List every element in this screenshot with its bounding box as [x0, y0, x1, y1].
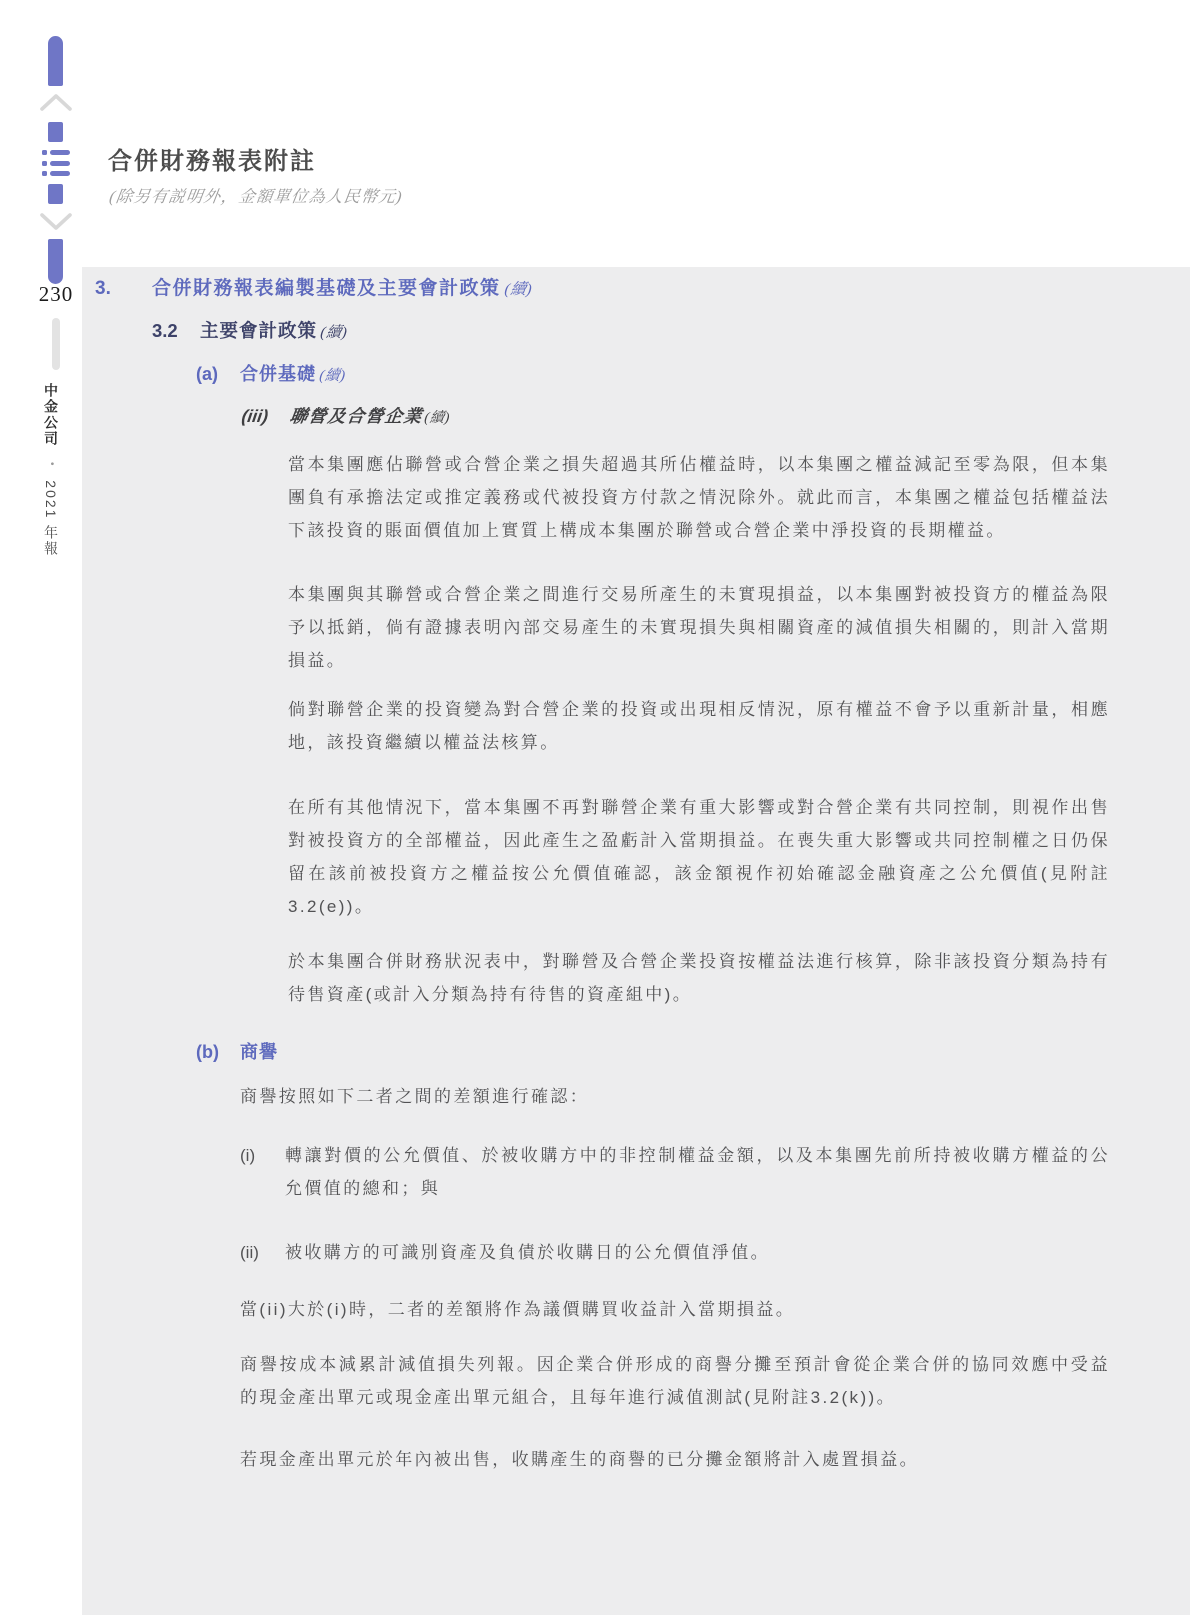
- page-number: 230: [28, 282, 84, 307]
- document-subtitle: (除另有説明外，金額單位為人民幣元): [108, 183, 404, 207]
- goodwill-list-item: (ii) 被收購方的可識別資產及負債於收購日的公允價值淨值。: [240, 1236, 1110, 1269]
- body-paragraph: 倘對聯營企業的投資變為對合營企業的投資或出現相反情況，原有權益不會予以重新計量，…: [288, 693, 1110, 759]
- body-paragraph: 若現金產出單元於年內被出售，收購產生的商譽的已分攤金額將計入處置損益。: [240, 1443, 1110, 1476]
- item-b-marker: (b): [196, 1039, 240, 1065]
- continued-label: (續): [319, 319, 349, 347]
- item-a-heading: (a) 合併基礎(續): [196, 361, 1110, 389]
- continued-label: (續): [423, 405, 451, 431]
- sidebar-block-bar: [48, 122, 63, 142]
- list-item-marker: (i): [240, 1139, 285, 1205]
- section-3-heading: 3. 合併財務報表編製基礎及主要會計政策(續): [95, 274, 1110, 305]
- list-item-text: 被收購方的可識別資產及負債於收購日的公允價值淨值。: [285, 1236, 1110, 1269]
- goodwill-list-item: (i) 轉讓對價的公允價值、於被收購方中的非控制權益金額，以及本集團先前所持被收…: [240, 1139, 1110, 1205]
- document-title: 合併財務報表附註: [108, 141, 401, 176]
- item-iii-marker-text: (iii): [240, 403, 270, 429]
- list-item-marker: (ii): [240, 1236, 285, 1269]
- body-paragraph: 當(ii)大於(i)時，二者的差額將作為議價購買收益計入當期損益。: [240, 1293, 1110, 1326]
- document-header: 合併財務報表附註 (除另有説明外，金額單位為人民幣元): [108, 141, 401, 207]
- item-iii-heading: (iii) 聯營及合營企業(續): [240, 403, 1110, 431]
- brand-name: 中金公司: [43, 383, 59, 447]
- subsection-title: 主要會計政策(續): [200, 317, 346, 347]
- brand-separator-dot: •: [46, 462, 57, 466]
- section-number: 3.: [95, 274, 152, 304]
- chevron-down-icon[interactable]: [39, 212, 73, 232]
- item-b-title: 商譽: [240, 1039, 278, 1065]
- list-icon-row: [42, 171, 70, 176]
- edition-label: 2021 年報: [43, 480, 59, 557]
- item-iii-title-text: 聯營及合營企業: [288, 403, 425, 429]
- report-page: 230 中金公司 • 2021 年報 合併財務報表附註 (除另有説明外，金額單位…: [0, 0, 1190, 1615]
- item-a-title: 合併基礎(續): [240, 361, 344, 389]
- item-b-heading: (b) 商譽: [196, 1039, 1110, 1065]
- body-paragraph: 本集團與其聯營或合營企業之間進行交易所產生的未實現損益，以本集團對被投資方的權益…: [288, 578, 1110, 677]
- section-title-text: 合併財務報表編製基礎及主要會計政策: [152, 278, 501, 299]
- sidebar-bottom-bar: [48, 239, 63, 284]
- list-icon-row: [42, 150, 70, 155]
- list-line: [50, 150, 70, 155]
- body-paragraph: 當本集團應佔聯營或合營企業之損失超過其所佔權益時，以本集團之權益減記至零為限，但…: [288, 448, 1110, 547]
- item-iii-marker: (iii): [240, 403, 288, 429]
- body-paragraph: 在所有其他情況下，當本集團不再對聯營企業有重大影響或對合營企業有共同控制，則視作…: [288, 791, 1110, 923]
- subsection-3-2-heading: 3.2 主要會計政策(續): [152, 317, 1110, 347]
- list-item-text: 轉讓對價的公允價值、於被收購方中的非控制權益金額，以及本集團先前所持被收購方權益…: [285, 1139, 1110, 1205]
- vertical-brand-text: 中金公司 • 2021 年報: [41, 383, 61, 557]
- list-dot: [42, 171, 47, 176]
- body-paragraph: 商譽按成本減累計減值損失列報。因企業合併形成的商譽分攤至預計會從企業合併的協同效…: [240, 1348, 1110, 1414]
- continued-label: (續): [318, 363, 347, 389]
- item-iii-title: 聯營及合營企業(續): [288, 403, 448, 431]
- sidebar-mini-bar: [52, 318, 60, 370]
- body-paragraph: 於本集團合併財務狀況表中，對聯營及合營企業投資按權益法進行核算，除非該投資分類為…: [288, 945, 1110, 1011]
- subsection-title-text: 主要會計政策: [200, 320, 317, 341]
- item-a-title-text: 合併基礎: [240, 364, 316, 384]
- list-dot: [42, 150, 47, 155]
- continued-label: (續): [503, 275, 534, 305]
- list-line: [50, 161, 70, 166]
- content-panel: 3. 合併財務報表編製基礎及主要會計政策(續) 3.2 主要會計政策(續) (a…: [82, 267, 1190, 1615]
- sidebar-top-bar: [48, 36, 63, 86]
- sidebar-block-bar: [48, 184, 63, 204]
- chevron-up-icon[interactable]: [39, 92, 73, 112]
- goodwill-intro-paragraph: 商譽按照如下二者之間的差額進行確認：: [240, 1080, 1110, 1113]
- toc-list-icon[interactable]: [42, 150, 70, 176]
- section-title: 合併財務報表編製基礎及主要會計政策(續): [152, 274, 530, 305]
- list-line: [50, 171, 70, 176]
- list-dot: [42, 161, 47, 166]
- list-icon-row: [42, 161, 70, 166]
- subsection-number: 3.2: [152, 317, 200, 345]
- item-a-marker: (a): [196, 361, 240, 387]
